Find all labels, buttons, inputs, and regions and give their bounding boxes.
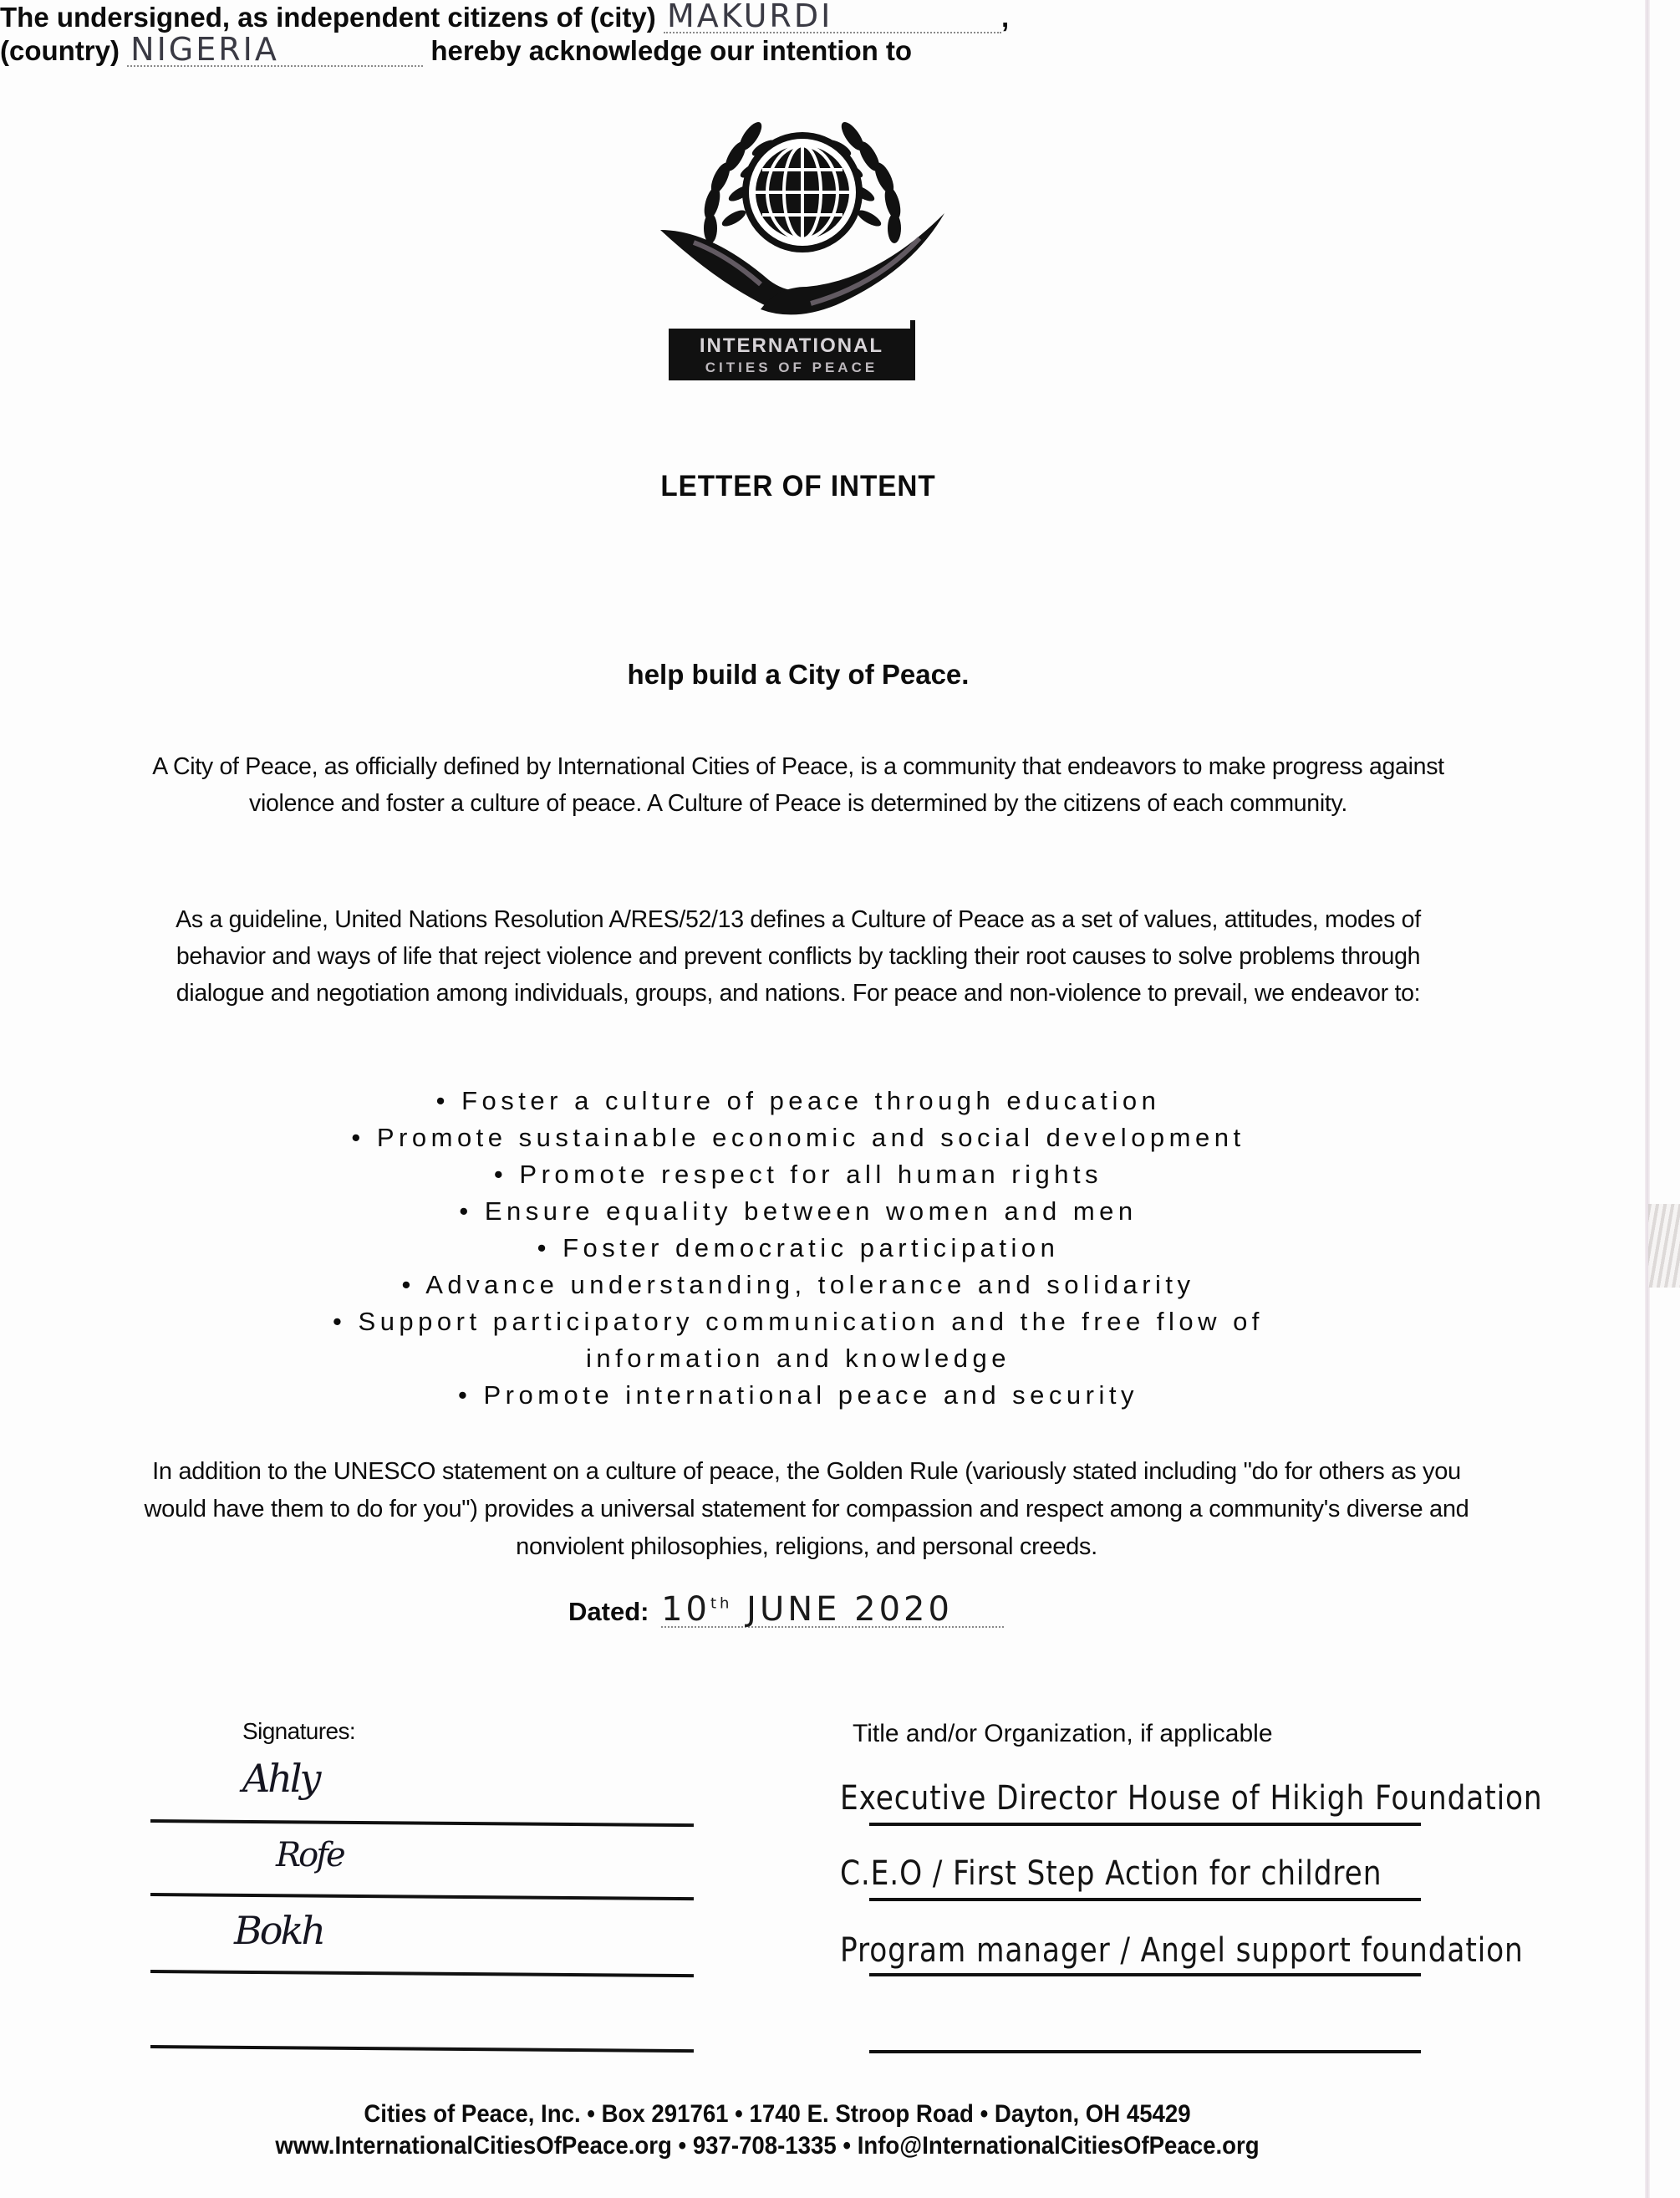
intro-country-line: (country) NIGERIA hereby acknowledge our… (0, 33, 1087, 67)
organization-line-1 (869, 1823, 1421, 1826)
list-item: Support participatory communication and … (201, 1303, 1396, 1340)
intro-closing: help build a City of Peace. (0, 659, 1596, 691)
dated-row: Dated: 10th JUNE 2020 (568, 1593, 1004, 1628)
footer-contact: www.InternationalCitiesOfPeace.org • 937… (152, 2130, 1382, 2162)
footer-address: Cities of Peace, Inc. • Box 291761 • 174… (162, 2099, 1392, 2130)
country-field[interactable]: NIGERIA (127, 33, 423, 67)
list-item: Promote respect for all human rights (201, 1156, 1396, 1193)
logo-banner: INTERNATIONAL CITIES OF PEACE (669, 320, 915, 380)
signature-line-3 (150, 1970, 694, 1977)
page-edge-shadow (1645, 0, 1650, 2198)
signature-1[interactable]: Ahly (242, 1756, 319, 1801)
endeavor-list: Foster a culture of peace through educat… (201, 1083, 1396, 1414)
signatures-label: Signatures: (242, 1718, 355, 1745)
golden-rule-paragraph: In addition to the UNESCO statement on a… (138, 1453, 1475, 1566)
organization-entry-2[interactable]: C.E.O / First Step Action for children (840, 1854, 1382, 1893)
list-item-continuation: information and knowledge (201, 1340, 1396, 1377)
signature-line-4 (150, 2045, 694, 2053)
country-label: (country) (0, 35, 120, 66)
intro-comma: , (1001, 2, 1009, 33)
scan-smudge (1648, 1204, 1680, 1288)
intro-text: The undersigned, as independent citizens… (0, 2, 656, 33)
signature-2[interactable]: Rofe (276, 1836, 344, 1874)
city-field[interactable]: MAKURDI (664, 0, 1001, 33)
list-item: Foster a culture of peace through educat… (201, 1083, 1396, 1119)
organization-entry-3[interactable]: Program manager / Angel support foundati… (840, 1931, 1524, 1970)
signature-line-1 (150, 1819, 694, 1827)
list-item: Promote international peace and security (201, 1377, 1396, 1414)
document-title: LETTER OF INTENT (40, 470, 1557, 503)
intro-text: hereby acknowledge our intention to (430, 35, 912, 66)
intro-city-line: The undersigned, as independent citizens… (0, 0, 1170, 33)
cities-of-peace-logo: INTERNATIONAL CITIES OF PEACE (660, 105, 944, 389)
organization-entry-1[interactable]: Executive Director House of Hikigh Found… (840, 1779, 1543, 1818)
organization-line-3 (869, 1973, 1421, 1976)
list-item: Promote sustainable economic and social … (201, 1119, 1396, 1156)
list-item: Ensure equality between women and men (201, 1193, 1396, 1230)
list-item: Foster democratic participation (201, 1230, 1396, 1267)
signature-line-2 (150, 1893, 694, 1900)
date-field[interactable]: 10th JUNE 2020 (661, 1593, 1004, 1628)
svg-text:CITIES OF PEACE: CITIES OF PEACE (705, 360, 878, 375)
definition-paragraph: A City of Peace, as officially defined b… (142, 748, 1454, 822)
organization-label: Title and/or Organization, if applicable (853, 1720, 1273, 1748)
organization-line-4 (869, 2050, 1421, 2053)
signature-3[interactable]: Bokh (234, 1908, 323, 1953)
svg-text:INTERNATIONAL: INTERNATIONAL (700, 334, 883, 357)
globe-icon (746, 135, 859, 249)
organization-line-2 (869, 1898, 1421, 1901)
dated-label: Dated: (568, 1597, 649, 1626)
guideline-paragraph: As a guideline, United Nations Resolutio… (142, 901, 1454, 1012)
list-item: Advance understanding, tolerance and sol… (201, 1267, 1396, 1303)
